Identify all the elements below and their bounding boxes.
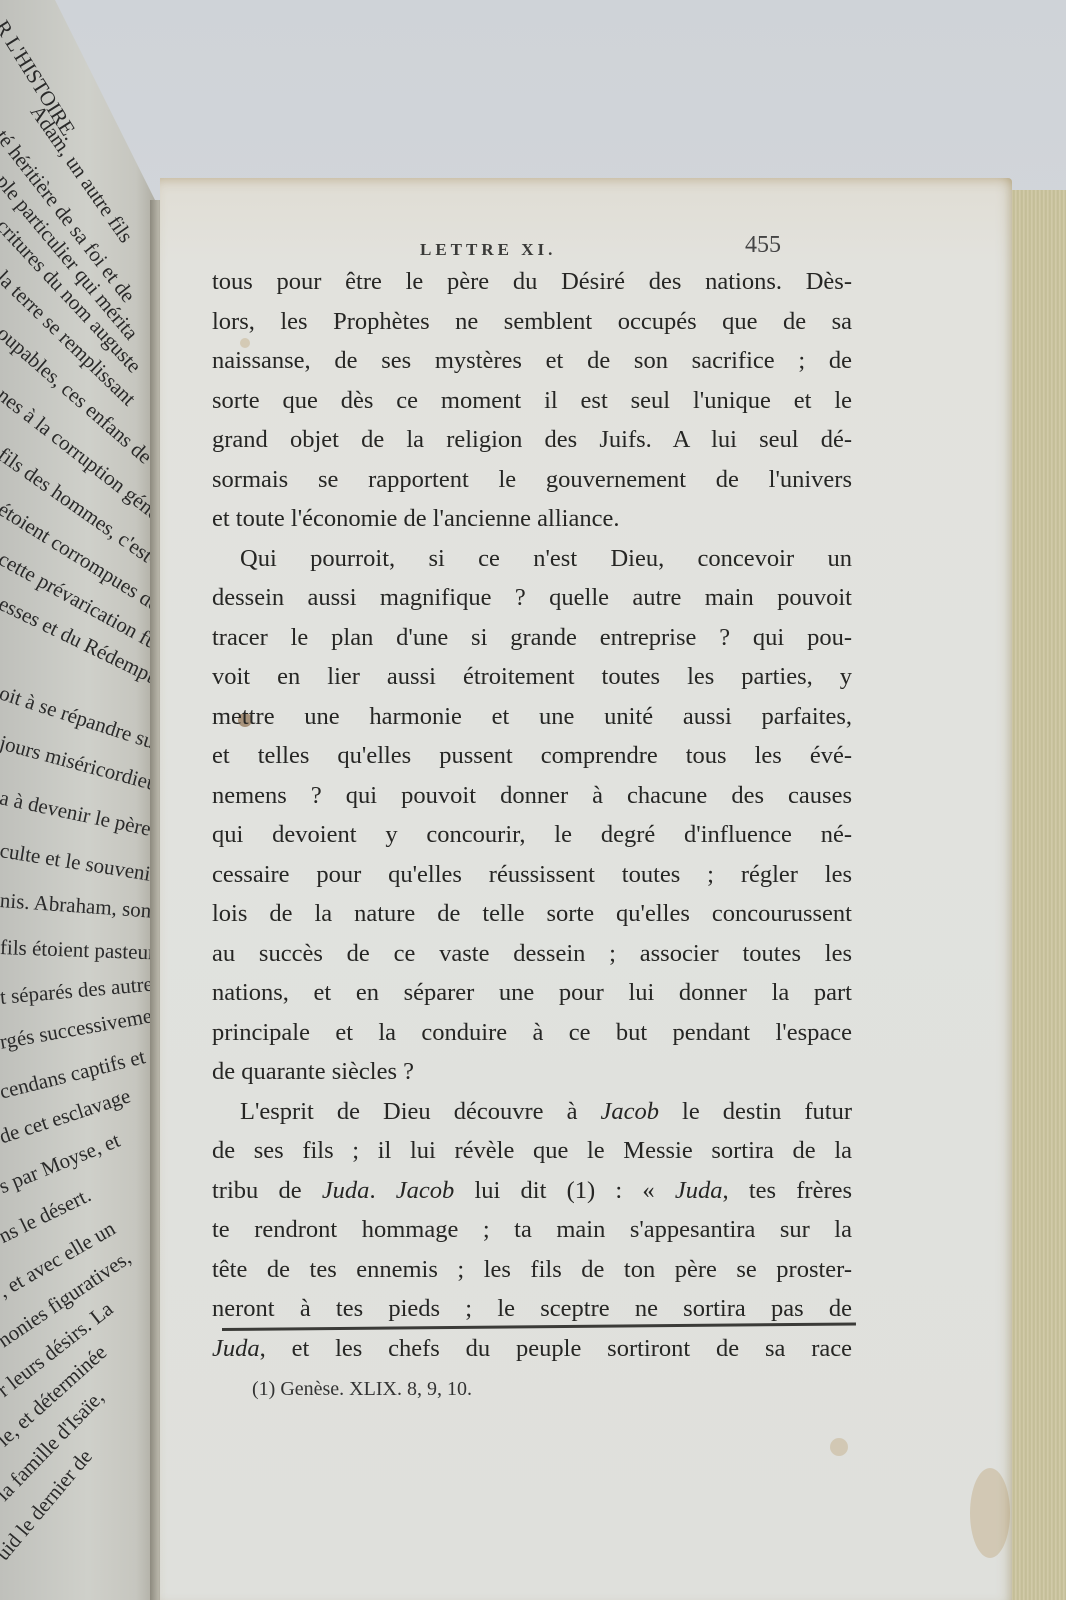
text-line: te rendront hommage ; ta main s'appesant…: [212, 1210, 852, 1250]
text-line: sormais se rapportent le gouvernement de…: [212, 460, 852, 500]
text-line: dessein aussi magnifique ? quelle autre …: [212, 578, 852, 618]
text-line: au succès de ce vaste dessein ; associer…: [212, 934, 852, 974]
text-line: Qui pourroit, si ce n'est Dieu, concevoi…: [212, 539, 852, 579]
running-head: LETTRE XI.: [420, 240, 556, 260]
text-span: .: [369, 1177, 395, 1204]
left-line: t séparés des autres: [0, 971, 160, 1010]
text-line: et toute l'économie de l'ancienne allian…: [212, 499, 852, 539]
footnote: (1) Genèse. XLIX. 8, 9, 10.: [252, 1378, 472, 1401]
italic-name: Juda: [212, 1335, 260, 1362]
text-line: tous pour être le père du Désiré des nat…: [212, 262, 852, 302]
italic-name: Juda: [675, 1177, 723, 1204]
left-line: nis. Abraham, son: [0, 888, 152, 924]
text-line: lors, les Prophètes ne semblent occupés …: [212, 302, 852, 342]
page-number: 455: [745, 232, 781, 259]
text-line: principale et la conduire à ce but penda…: [212, 1013, 852, 1053]
text-span: , tes frères: [723, 1177, 853, 1204]
text-line: lois de la nature de telle sorte qu'elle…: [212, 894, 852, 934]
text-line: voit en lier aussi étroitement toutes le…: [212, 657, 852, 697]
text-line: tête de tes ennemis ; les fils de ton pè…: [212, 1250, 852, 1290]
text-line: de ses fils ; il lui révèle que le Messi…: [212, 1131, 852, 1171]
text-span: L'esprit de Dieu découvre à: [240, 1098, 601, 1125]
foxing-spot: [830, 1438, 848, 1456]
left-page: R L'HISTOIRE. Adam, un autre fils té hér…: [0, 0, 160, 1600]
left-line: culte et le souvenir: [0, 838, 159, 888]
italic-name: Juda: [322, 1177, 370, 1204]
text-line: nations, et en séparer une pour lui donn…: [212, 973, 852, 1013]
text-line: naissanse, de ses mystères et de son sac…: [212, 341, 852, 381]
page-edges: [1008, 190, 1066, 1600]
text-line: grand objet de la religion des Juifs. A …: [212, 420, 852, 460]
text-span: lui dit (1) : «: [454, 1177, 675, 1204]
water-stain: [970, 1468, 1010, 1558]
italic-name: Jacob: [396, 1177, 455, 1204]
text-line: mettre une harmonie et une unité aussi p…: [212, 697, 852, 737]
left-line: fils étoient pasteurs.: [0, 935, 160, 966]
text-line: nemens ? qui pouvoit donner à chacune de…: [212, 776, 852, 816]
text-line: de quarante siècles ?: [212, 1052, 852, 1092]
text-line: et telles qu'elles pussent comprendre to…: [212, 736, 852, 776]
text-line: L'esprit de Dieu découvre à Jacob le des…: [212, 1092, 852, 1132]
text-line: qui devoient y concourir, le degré d'inf…: [212, 815, 852, 855]
text-line: tracer le plan d'une si grande entrepris…: [212, 618, 852, 658]
italic-name: Jacob: [601, 1098, 660, 1125]
text-span: le destin futur: [659, 1098, 852, 1125]
text-span: tribu de: [212, 1177, 322, 1204]
left-line: a à devenir le père: [0, 785, 153, 841]
text-line: Juda, et les chefs du peuple sortiront d…: [212, 1329, 852, 1369]
left-page-text: R L'HISTOIRE. Adam, un autre fils té hér…: [0, 0, 160, 1600]
body-text: tous pour être le père du Désiré des nat…: [212, 262, 852, 1368]
text-line: cessaire pour qu'elles réussissent toute…: [212, 855, 852, 895]
text-line: tribu de Juda. Jacob lui dit (1) : « Jud…: [212, 1171, 852, 1211]
text-line: sorte que dès ce moment il est seul l'un…: [212, 381, 852, 421]
text-span: , et les chefs du peuple sortiront de sa…: [260, 1335, 852, 1362]
